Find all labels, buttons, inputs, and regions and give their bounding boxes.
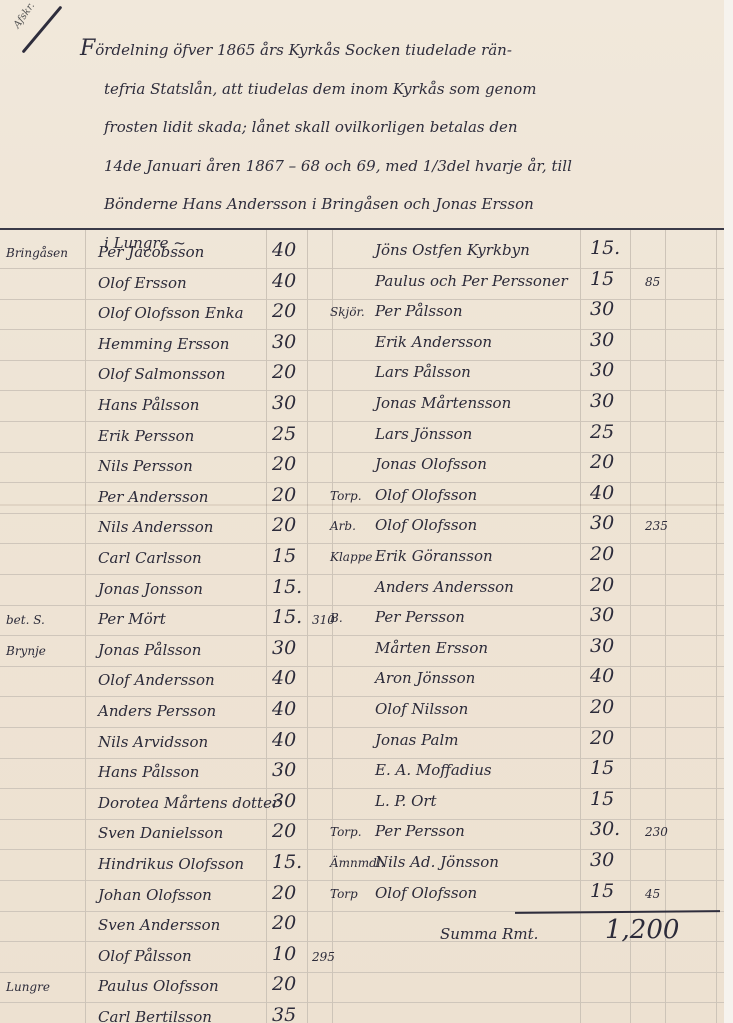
ledger-amount: 20: [590, 696, 614, 718]
ledger-name: Lars Pålsson: [375, 363, 471, 381]
ledger-amount: 30.: [590, 818, 620, 840]
ledger-name: Olof Ersson: [98, 274, 187, 292]
ledger-amount: 40: [272, 729, 296, 751]
ledger-name: Nils Ad. Jönsson: [375, 853, 499, 871]
ledger-amount: 30: [590, 329, 614, 351]
ledger-name: Johan Olofsson: [98, 886, 212, 904]
ledger-place: Arb.: [330, 519, 356, 533]
ledger-amount: 30: [590, 849, 614, 871]
ledger-rule: [0, 635, 724, 636]
ledger-vertical-rule: [266, 230, 267, 1023]
ledger-amount: 30: [590, 512, 614, 534]
ledger-amount: 20: [272, 300, 296, 322]
ledger-name: Olof Olofsson Enka: [98, 304, 244, 322]
ledger-vertical-rule: [665, 230, 666, 1023]
ledger-rule: [0, 605, 724, 606]
ledger-amount: 40: [272, 698, 296, 720]
ledger-rule: [0, 543, 724, 544]
ledger-name: Jonas Olofsson: [375, 455, 487, 473]
ledger-amount: 20: [590, 451, 614, 473]
ledger-name: Olof Olofsson: [375, 516, 477, 534]
ledger-amount: 15: [272, 545, 296, 567]
ledger-amount: 30: [590, 359, 614, 381]
ledger-vertical-rule: [85, 230, 86, 1023]
ledger-name: Paulus och Per Perssoner: [375, 272, 568, 290]
page-edge: [724, 0, 733, 1023]
intro-line: Bönderne Hans Andersson i Bringåsen och …: [80, 185, 700, 224]
ledger-rule: [0, 574, 724, 575]
ledger-amount: 15.: [272, 576, 302, 598]
ledger-place: Bringåsen: [6, 246, 68, 260]
ledger-vertical-rule: [716, 230, 717, 1023]
ledger-amount: 20: [272, 912, 296, 934]
ledger-amount: 15: [590, 788, 614, 810]
ledger-name: Olof Andersson: [98, 671, 215, 689]
ledger-amount: 20: [590, 543, 614, 565]
ledger-name: Erik Persson: [98, 427, 194, 445]
ledger-name: Aron Jönsson: [375, 669, 475, 687]
ledger-amount: 40: [590, 665, 614, 687]
ledger-rule: [0, 972, 724, 973]
ledger-name: Lars Jönsson: [375, 425, 472, 443]
ledger-vertical-rule: [307, 230, 308, 1023]
ledger-rule: [0, 421, 724, 422]
ledger-amount: 20: [272, 820, 296, 842]
header-rule: [0, 228, 724, 230]
ledger-rule: [0, 513, 724, 514]
ledger-place: Torp.: [330, 825, 362, 839]
ledger-amount: 40: [590, 482, 614, 504]
ledger-amount: 20: [590, 574, 614, 596]
ledger-amount: 15.: [272, 606, 302, 628]
ledger-amount: 30: [590, 390, 614, 412]
ledger-place: Brynje: [6, 644, 46, 658]
ledger-amount: 30: [272, 759, 296, 781]
ledger-name: Erik Göransson: [375, 547, 493, 565]
ledger-rule: [0, 880, 724, 881]
ledger-name: Anders Andersson: [375, 578, 514, 596]
grand-total: 1,200: [605, 915, 679, 945]
ledger-name: Nils Arvidsson: [98, 733, 208, 751]
ledger-name: Per Andersson: [98, 488, 208, 506]
ledger-amount: 35: [272, 1004, 296, 1023]
ledger-amount: 30: [590, 298, 614, 320]
ledger-place: bet. S.: [6, 613, 45, 627]
ledger-rule: [0, 482, 724, 483]
ledger-subtotal: 295: [312, 950, 335, 964]
ledger-amount: 20: [272, 484, 296, 506]
ledger-amount: 15: [590, 268, 614, 290]
ledger-name: Jonas Jonsson: [98, 580, 203, 598]
ledger-amount: 25: [590, 421, 614, 443]
ledger-amount: 20: [272, 361, 296, 383]
ledger-amount: 30: [272, 331, 296, 353]
ledger-amount: 40: [272, 270, 296, 292]
ledger-name: Jöns Ostfen Kyrkbyn: [375, 241, 530, 259]
ledger-vertical-rule: [630, 230, 631, 1023]
ledger-name: Hans Pålsson: [98, 396, 199, 414]
ledger-name: Carl Bertilsson: [98, 1008, 212, 1023]
ledger-name: Olof Nilsson: [375, 700, 468, 718]
ledger-name: Jonas Palm: [375, 731, 459, 749]
intro-line: frosten lidit skada; lånet skall ovilkor…: [80, 108, 700, 147]
total-label: Summa Rmt.: [440, 925, 538, 943]
ledger-rule: [0, 360, 724, 361]
ledger-subtotal: 235: [645, 519, 668, 533]
ledger-amount: 30: [272, 637, 296, 659]
ledger-subtotal: 45: [645, 887, 660, 901]
ledger-amount: 10: [272, 943, 296, 965]
ledger-rule: [0, 666, 724, 667]
ledger-rule: [0, 758, 724, 759]
ledger-name: Olof Pålsson: [98, 947, 192, 965]
ledger-rule: [0, 329, 724, 330]
ledger-rule: [0, 788, 724, 789]
ledger-name: Jonas Pålsson: [98, 641, 201, 659]
ledger-amount: 15.: [272, 851, 302, 873]
ledger-name: Per Persson: [375, 822, 465, 840]
ledger-rule: [0, 452, 724, 453]
ledger-name: L. P. Ort: [375, 792, 437, 810]
ledger-name: Per Persson: [375, 608, 465, 626]
ledger-amount: 15.: [590, 237, 620, 259]
ledger-rule: [0, 299, 724, 300]
ledger-amount: 30: [590, 604, 614, 626]
ledger-name: Sven Andersson: [98, 916, 220, 934]
ledger-name: Olof Salmonsson: [98, 365, 225, 383]
ledger-name: Hindrikus Olofsson: [98, 855, 244, 873]
ledger-name: Erik Andersson: [375, 333, 492, 351]
ledger-amount: 15: [590, 880, 614, 902]
intro-line: tefria Statslån, att tiudelas dem inom K…: [80, 70, 700, 109]
ledger-rule: [0, 849, 724, 850]
ledger-place: Torp.: [330, 489, 362, 503]
ledger-subtotal: 85: [645, 275, 660, 289]
ledger-name: E. A. Moffadius: [375, 761, 492, 779]
ledger-name: Anders Persson: [98, 702, 216, 720]
ledger-amount: 40: [272, 239, 296, 261]
ledger-amount: 25: [272, 423, 296, 445]
ledger-place: Klappe: [330, 550, 372, 564]
ledger-name: Jonas Mårtensson: [375, 394, 511, 412]
ledger-rule: [0, 1002, 724, 1003]
ledger-vertical-rule: [580, 230, 581, 1023]
ledger-name: Dorotea Mårtens dotter: [98, 794, 279, 812]
ledger-amount: 30: [590, 635, 614, 657]
ledger-subtotal: 230: [645, 825, 668, 839]
ledger-name: Per Mört: [98, 610, 166, 628]
ledger-name: Sven Danielsson: [98, 824, 223, 842]
ledger-place: Torp: [330, 887, 358, 901]
ledger-amount: 15: [590, 757, 614, 779]
ledger-rule: [0, 727, 724, 728]
ledger-rule: [0, 390, 724, 391]
intro-line: 14de Januari åren 1867 – 68 och 69, med …: [80, 147, 700, 186]
ledger-amount: 20: [272, 973, 296, 995]
ledger-name: Per Jacobsson: [98, 243, 204, 261]
ledger-name: Paulus Olofsson: [98, 977, 219, 995]
intro-line: Fördelning öfver 1865 års Kyrkås Socken …: [80, 30, 700, 70]
ledger-name: Mårten Ersson: [375, 639, 488, 657]
ledger-place: Skjör.: [330, 305, 365, 319]
ledger-amount: 40: [272, 667, 296, 689]
ledger-name: Nils Persson: [98, 457, 193, 475]
ledger-name: Nils Andersson: [98, 518, 213, 536]
ledger-amount: 20: [272, 453, 296, 475]
corner-note: Afskr.: [12, 1, 38, 31]
document-page: Afskr. Fördelning öfver 1865 års Kyrkås …: [0, 0, 724, 1023]
ledger-name: Hans Pålsson: [98, 763, 199, 781]
ledger-rule: [0, 696, 724, 697]
ledger-amount: 20: [590, 727, 614, 749]
ledger-amount: 20: [272, 514, 296, 536]
ledger-name: Per Pålsson: [375, 302, 462, 320]
ledger-place: B.: [330, 611, 343, 625]
ledger-rule: [0, 268, 724, 269]
ledger-place: Lungre: [6, 980, 50, 994]
ledger-name: Olof Olofsson: [375, 884, 477, 902]
ledger-amount: 30: [272, 392, 296, 414]
ledger-name: Olof Olofsson: [375, 486, 477, 504]
ledger-name: Hemming Ersson: [98, 335, 229, 353]
ledger-amount: 20: [272, 882, 296, 904]
ledger-name: Carl Carlsson: [98, 549, 202, 567]
total-underline: [515, 910, 720, 914]
ledger-amount: 30: [272, 790, 296, 812]
